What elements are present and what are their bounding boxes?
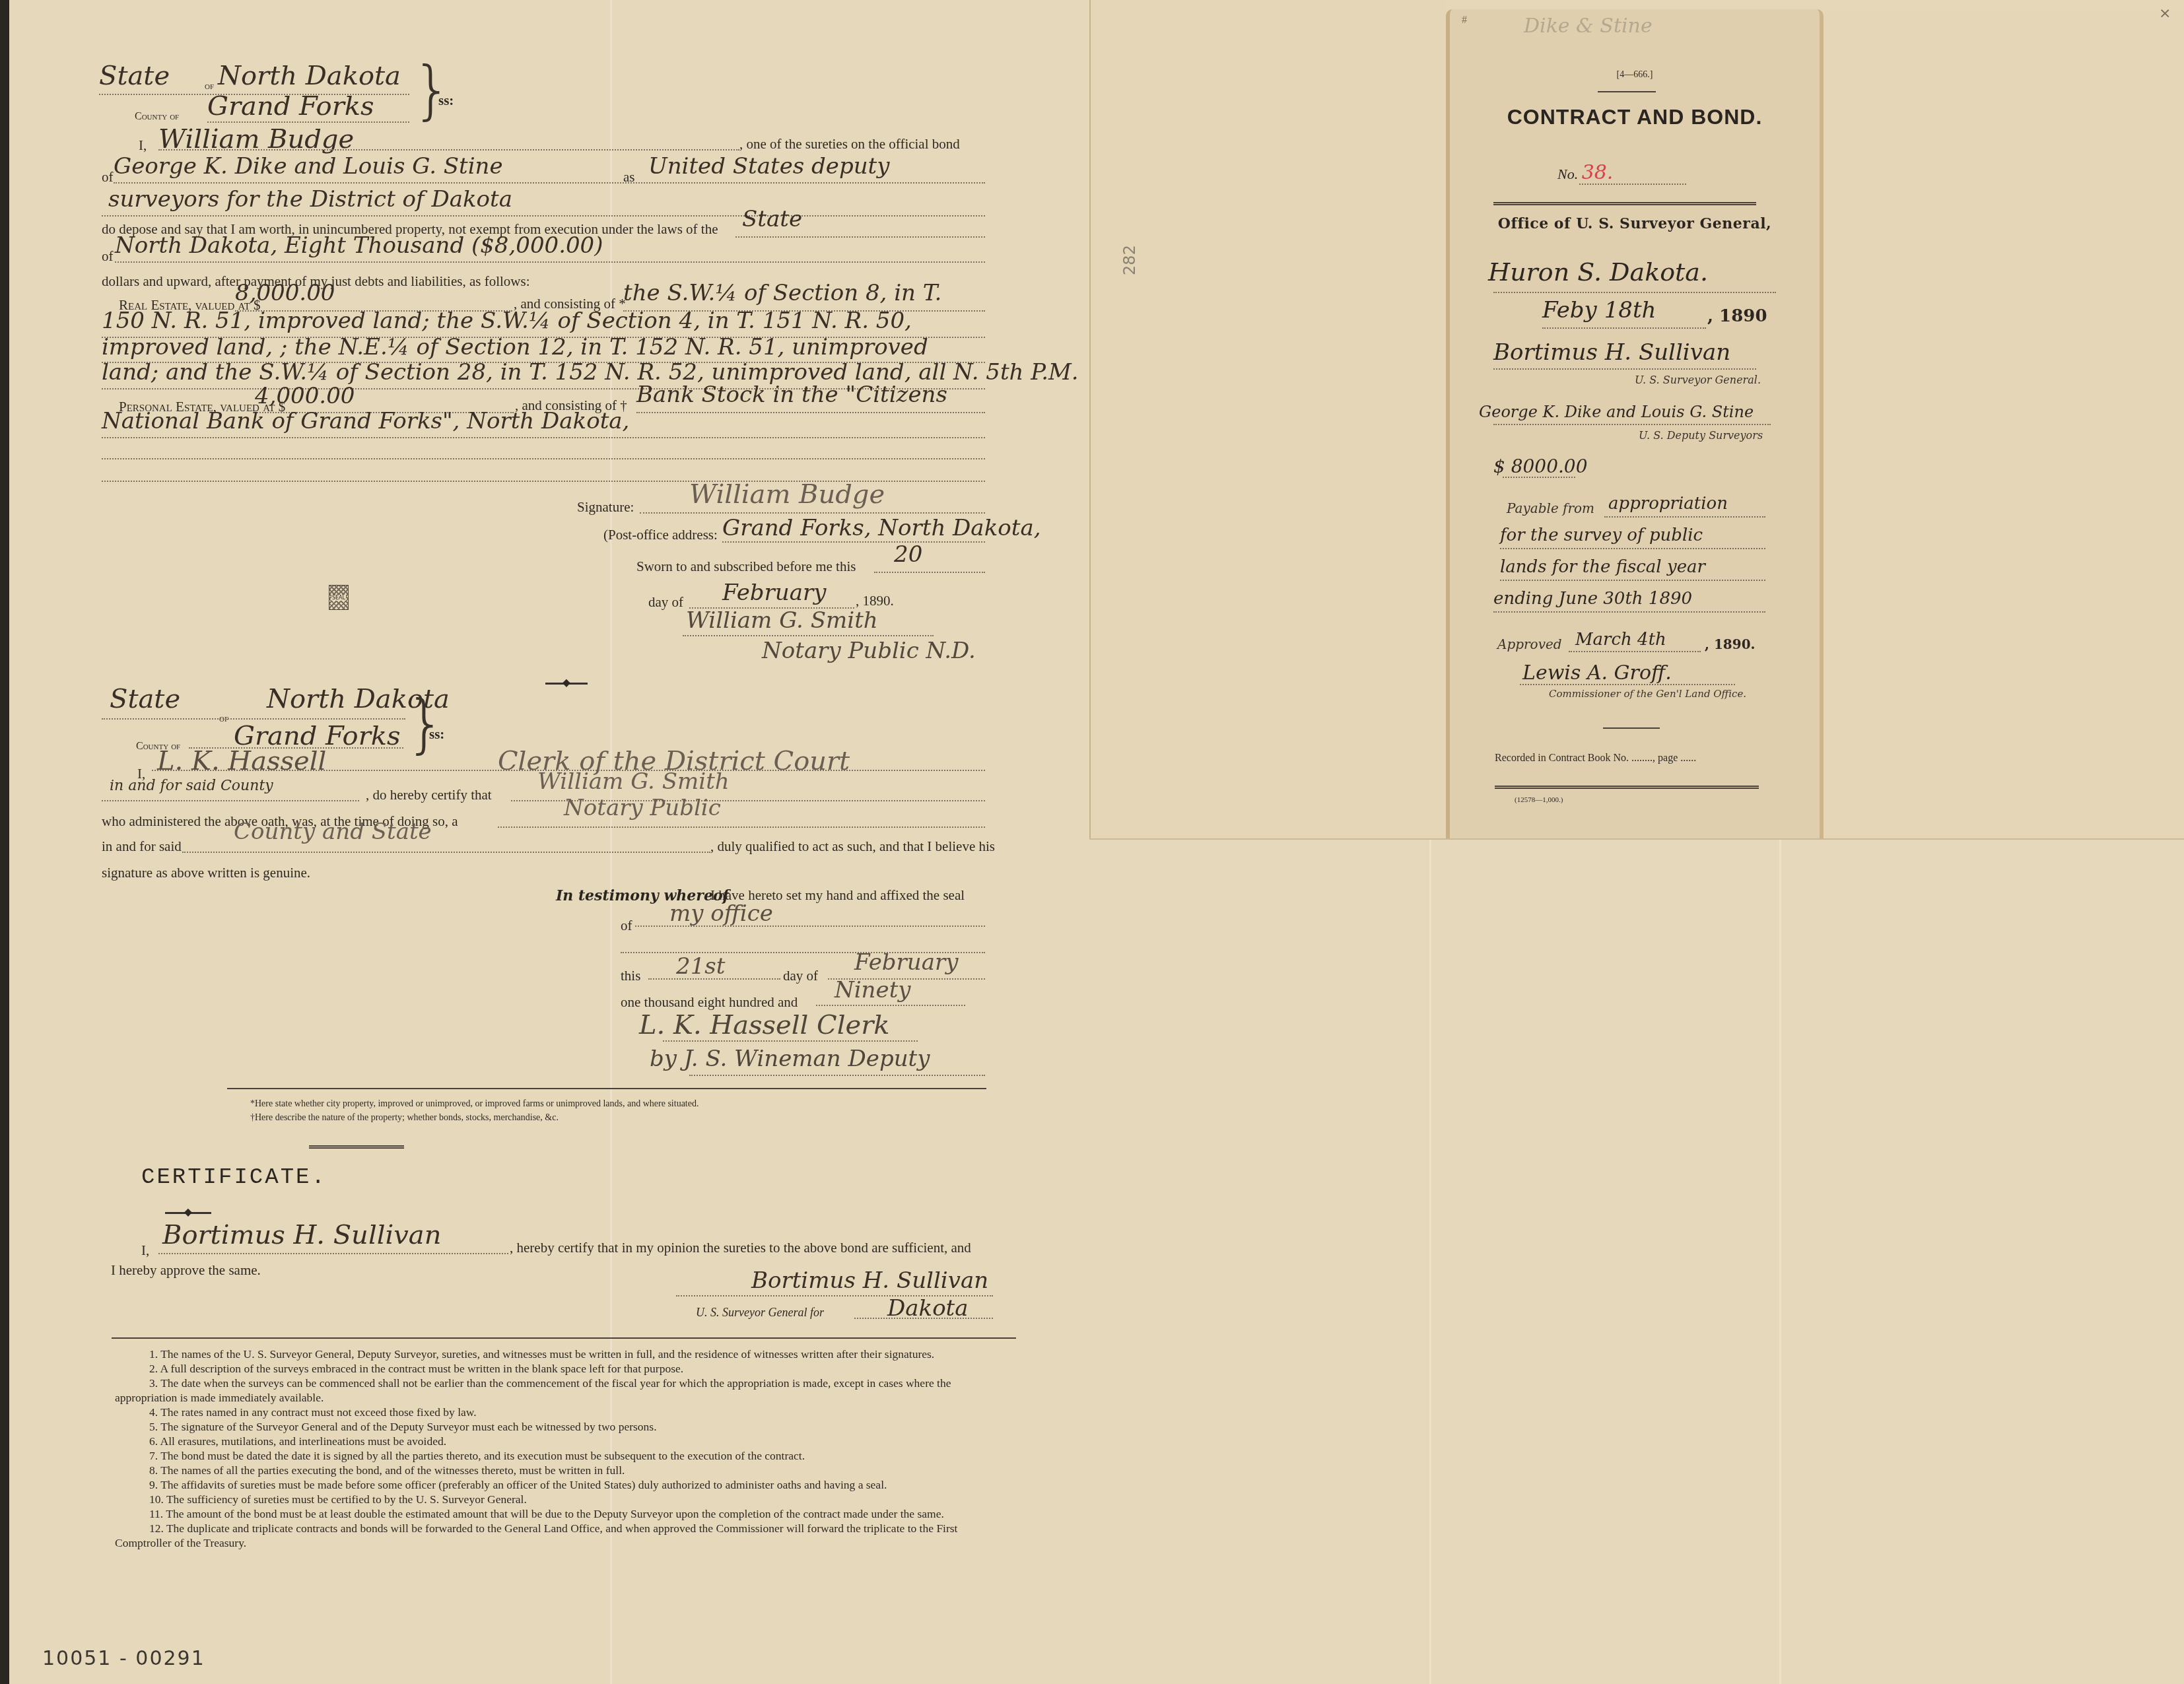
payable-dotline-2 [1500,548,1765,549]
payable-line-2: for the survey of public [1500,525,1703,545]
genuine-text: signature as above written is genuine. [102,865,310,881]
state-label-handwritten: State [99,61,170,91]
surety-signature: William Budge [689,479,885,510]
approved-dotline [1569,651,1701,652]
cert-i-label: I, [141,1242,149,1259]
instruction-2: 2. A full description of the surveys emb… [115,1361,1016,1376]
po-address-value: Grand Forks, North Dakota, [722,515,1041,541]
clerk-office-line [498,826,985,828]
approved-label: Approved [1497,636,1562,652]
year-value: Ninety [835,977,911,1003]
notary-signature: William G. Smith [686,607,878,634]
certifier-signature: Bortimus H. Sullivan [751,1267,988,1294]
surveyor-general-label-cover: U. S. Surveyor General. [1635,374,1761,386]
county-line [207,121,409,123]
approve-text: I hereby approve the same. [111,1262,261,1279]
corner-x-mark: × [2159,5,2171,22]
sworn-month: February [722,580,827,606]
real-estate-desc-2: 150 N. R. 51, improved land; the S.W.¼ o… [102,308,912,334]
cover-year: , 1890 [1707,306,1767,326]
pencil-page-number: 282 [1120,245,1139,275]
surety-text: , one of the sureties on the official bo… [739,136,960,152]
personal-estate-desc-line-2 [102,437,985,438]
clerk-ss: ss: [429,726,444,743]
pencil-note: Dike & Stine [1524,15,1653,38]
cover-place: Huron S. Dakota. [1488,257,1708,286]
clerk-notary-name: William G. Smith [537,768,730,795]
form-number: [4—666.] [1450,70,1820,81]
section-rule [227,1088,986,1089]
year-prefix: one thousand eight hundred and [621,994,798,1011]
cover-short-rule [1603,727,1660,729]
personal-estate-desc-2: National Bank of Grand Forks", North Dak… [102,408,629,434]
amount-line [1503,477,1575,478]
clerk-jurisdiction: in and for said County [110,778,273,794]
form-rule [1598,91,1656,92]
payable-label: Payable from [1507,500,1594,516]
certificate-ornament [165,1212,211,1214]
clerk-brace: } [405,687,446,760]
instruction-6: 6. All erasures, mutilations, and interl… [115,1434,1016,1448]
footnote-1: *Here state whether city property, impro… [250,1097,699,1111]
signature-line [640,512,985,514]
surety-bond-page: State of North Dakota } ss: County of Gr… [0,0,1089,1684]
clerk-day-of-label: day of [783,968,818,984]
deputy-line [689,1075,985,1076]
sworn-label: Sworn to and subscribed before me this [636,558,856,575]
contract-no-value: 38. [1582,161,1614,184]
county-label: County of [135,111,179,123]
cover-title: CONTRACT AND BOND. [1450,105,1820,129]
deputies-line [1493,424,1771,425]
seal-of-value: my office [669,900,773,927]
archive-number: 10051 - 00291 [42,1647,205,1670]
contract-no-label: No. [1557,166,1578,182]
ornament-divider [545,683,588,685]
of-label-2: of [102,169,114,185]
deputies-names: George K. Dike and Louis G. Stine [1479,403,1754,421]
laws-value: State [742,206,802,232]
recorded-text: Recorded in Contract Book No. ........, … [1495,753,1696,764]
fold-line-2 [1429,840,1431,1684]
clerk-jurisdiction-line [102,800,359,801]
contract-no-line [1579,184,1686,185]
in-and-for-label: in and for said [102,838,182,855]
place-line [1493,292,1776,293]
clerk-notary-office: Notary Public [564,795,721,821]
reverse-agreement-panel [1824,9,2184,838]
certificate-title: CERTIFICATE. [141,1165,327,1190]
pencil-mark: # [1462,15,1467,26]
instructions-rule [112,1337,1016,1339]
cover-bottom-rule [1495,786,1759,789]
certifier-line [158,1253,508,1254]
payable-dotline-4 [1493,611,1765,613]
real-estate-desc-1: the S.W.¼ of Section 8, in T. [623,280,941,306]
surveyor-general-line [1493,368,1756,370]
real-estate-value: 8,000.00 [235,280,335,306]
footnote-2: †Here describe the nature of the propert… [250,1111,699,1125]
blank-lower-panel [1089,838,2184,1684]
personal-estate-desc-line-1 [636,412,985,413]
principals-line [114,182,985,184]
office-heading: Office of U. S. Surveyor General, [1450,215,1820,232]
certificate-double-rule [309,1145,404,1149]
seal-of-label: of [621,918,632,934]
brace: } [412,53,452,127]
of-label-3: of [102,248,114,265]
personal-estate-desc-1: Bank Stock in the "Citizens [636,382,947,408]
po-address-line [722,541,985,543]
ss-label: ss: [438,92,454,109]
year-line [816,1005,965,1006]
payable-line-1: appropriation [1608,494,1728,514]
instruction-12: 12. The duplicate and triplicate contrac… [115,1521,1016,1550]
day-line [648,978,780,980]
print-run: (12578—1,000.) [1515,796,1563,804]
seal-icon: SEAL [329,585,349,610]
instructions-list: 1. The names of the U. S. Surveyor Gener… [115,1347,1016,1550]
commissioner-label: Commissioner of the Gen'l Land Office. [1549,688,1746,700]
day-of-label: day of [648,594,683,611]
cert-certify-text: , hereby certify that in my opinion the … [510,1240,971,1256]
certify-text: , do hereby certify that [366,787,492,803]
clerk-signature-line [663,1040,918,1042]
footnotes: *Here state whether city property, impro… [250,1097,699,1125]
instruction-3: 3. The date when the surveys can be comm… [115,1376,1016,1405]
signature-label: Signature: [577,499,634,516]
notary-title: Notary Public N.D. [762,638,976,664]
state-value: North Dakota [218,61,401,91]
contract-number: No. 38. [1557,161,1613,184]
sworn-day: 20 [894,541,922,568]
deputy-signature: by J. S. Wineman Deputy [650,1046,930,1072]
seal-of-line [635,926,985,927]
blank-line-1 [102,458,985,459]
instruction-1: 1. The names of the U. S. Surveyor Gener… [115,1347,1016,1361]
commissioner-name: Lewis A. Groff. [1522,661,1672,685]
surveyor-for-line [854,1318,993,1319]
laws-line [735,236,985,238]
day-value: 21st [676,953,725,980]
capacity-line-2: surveyors for the District of Dakota [108,186,512,213]
clerk-name: L. K. Hassell [157,746,326,776]
blank-reverse-panel [1089,0,1446,838]
county-value: Grand Forks [207,91,374,121]
real-estate-desc-3: improved land, ; the N.E.¼ of Section 12… [102,334,928,360]
approved-year: , 1890. [1705,636,1756,652]
cover-double-rule [1493,202,1756,205]
instruction-11: 11. The amount of the bond must be at le… [115,1506,1016,1521]
clerk-jurisdiction-value-line [182,852,710,853]
commissioner-line [1520,684,1735,685]
date-line [1542,327,1706,329]
sworn-day-line [874,572,985,573]
surveyor-general-name: Bortimus H. Sullivan [1493,339,1730,366]
qualified-text: , duly qualified to act as such, and tha… [710,838,995,855]
payable-dotline-3 [1500,580,1765,581]
clerk-signature: L. K. Hassell Clerk [639,1010,890,1040]
fold-line-3 [1779,840,1781,1684]
surety-name-line [158,149,739,151]
payable-dotline-1 [1604,516,1765,518]
i-label: I, [139,137,147,154]
month-value: February [854,949,959,976]
principals: George K. Dike and Louis G. Stine [114,153,503,180]
clerk-state-label: State [110,684,180,714]
approved-date: March 4th [1575,630,1666,650]
this-label: this [621,968,640,984]
po-address-label: (Post-office address: [603,527,718,543]
instruction-10: 10. The sufficiency of sureties must be … [115,1492,1016,1506]
cover-date: Feby 18th [1542,297,1656,323]
scanned-document: State of North Dakota } ss: County of Gr… [0,0,2184,1684]
contract-bond-cover: # Dike & Stine [4—666.] CONTRACT AND BON… [1446,9,1824,838]
clerk-jurisdiction-value: County and State [234,819,432,845]
notary-line [683,635,934,636]
personal-estate-value: 4,000.00 [255,383,355,409]
bond-amount: $ 8000.00 [1493,455,1588,477]
surveyor-general-label: U. S. Surveyor General for [696,1306,824,1320]
deputies-label: U. S. Deputy Surveyors [1639,429,1763,442]
instruction-9: 9. The affidavits of sureties must be ma… [115,1477,1016,1492]
capacity-line [102,215,985,217]
worth-line [115,261,985,263]
certifier-name: Bortimus H. Sullivan [162,1220,441,1250]
payable-line-3: lands for the fiscal year [1500,557,1705,577]
instruction-8: 8. The names of all the parties executin… [115,1463,1016,1477]
clerk-state-line [102,718,405,720]
worth-value: North Dakota, Eight Thousand ($8,000.00) [115,232,603,259]
instruction-7: 7. The bond must be dated the date it is… [115,1448,1016,1463]
payable-line-4: ending June 30th 1890 [1493,589,1692,609]
instruction-5: 5. The signature of the Surveyor General… [115,1419,1016,1434]
instruction-4: 4. The rates named in any contract must … [115,1405,1016,1419]
capacity-line-1: United States deputy [648,153,889,180]
